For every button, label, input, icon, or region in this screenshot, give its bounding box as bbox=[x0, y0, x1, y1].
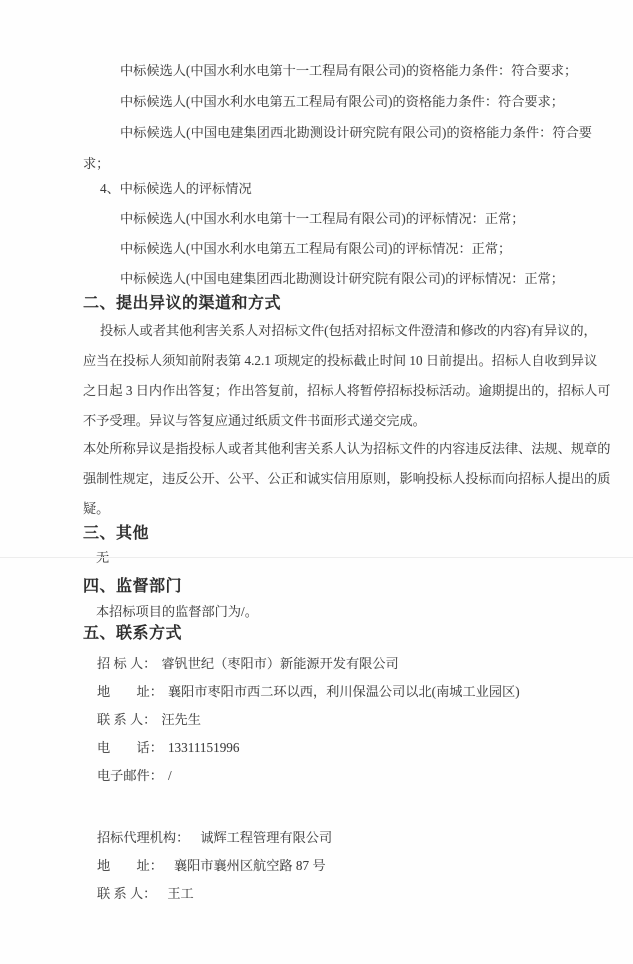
contact-row-address: 地 址：襄阳市襄州区航空路 87 号 bbox=[83, 852, 592, 880]
scanned-document-page: 中标候选人(中国水利水电第十一工程局有限公司)的资格能力条件：符合要求； 中标候… bbox=[0, 0, 633, 964]
agency-contact-block: 招标代理机构：诚辉工程管理有限公司 地 址：襄阳市襄州区航空路 87 号 联 系… bbox=[83, 824, 592, 908]
section-other-body: 无 bbox=[83, 544, 592, 572]
paragraph-line: 强制性规定，违反公开、公平、公正和诚实信用原则，影响投标人投标而向招标人提出的质 bbox=[83, 464, 592, 494]
contact-value: / bbox=[168, 768, 172, 783]
section-heading-supervision: 四、监督部门 bbox=[83, 575, 592, 599]
contact-label: 电 话： bbox=[97, 740, 163, 755]
paragraph-line: 应当在投标人须知前附表第 4.2.1 项规定的投标截止时间 10 日前提出。招标… bbox=[83, 346, 592, 376]
contact-row-agency: 招标代理机构：诚辉工程管理有限公司 bbox=[83, 824, 592, 852]
body-line: 无 bbox=[83, 544, 592, 572]
qualification-line: 中标候选人(中国水利水电第五工程局有限公司)的资格能力条件：符合要求； bbox=[83, 86, 592, 117]
paragraph-line: 之日起 3 日内作出答复；作出答复前，招标人将暂停招标投标活动。逾期提出的，招标… bbox=[83, 376, 592, 406]
contact-label: 地 址： bbox=[97, 684, 163, 699]
scan-fold-line bbox=[0, 557, 633, 558]
contact-value: 汪先生 bbox=[161, 712, 201, 727]
evaluation-line: 中标候选人(中国水利水电第五工程局有限公司)的评标情况：正常； bbox=[83, 234, 592, 264]
tenderer-contact-block: 招 标 人：睿钒世纪（枣阳市）新能源开发有限公司 地 址：襄阳市枣阳市西二环以西… bbox=[83, 650, 592, 790]
contact-value: 襄阳市枣阳市西二环以西，利川保温公司以北(南城工业园区) bbox=[168, 684, 520, 699]
contact-value: 诚辉工程管理有限公司 bbox=[200, 830, 332, 845]
qualification-line: 中标候选人(中国水利水电第十一工程局有限公司)的资格能力条件：符合要求； bbox=[83, 55, 592, 86]
contact-label: 联 系 人： bbox=[97, 712, 156, 727]
contact-value: 13311151996 bbox=[168, 740, 240, 755]
objection-paragraph-1: 投标人或者其他利害关系人对招标文件(包括对招标文件澄清和修改的内容)有异议的， … bbox=[83, 316, 592, 436]
paragraph-line: 本处所称异议是指投标人或者其他利害关系人认为招标文件的内容违反法律、法规、规章的 bbox=[83, 434, 592, 464]
contact-label: 电子邮件： bbox=[97, 768, 163, 783]
paragraph-line: 疑。 bbox=[83, 494, 592, 524]
qualification-section: 中标候选人(中国水利水电第十一工程局有限公司)的资格能力条件：符合要求； 中标候… bbox=[83, 55, 592, 179]
contact-row-tenderer: 招 标 人：睿钒世纪（枣阳市）新能源开发有限公司 bbox=[83, 650, 592, 678]
contact-row-person: 联 系 人：王工 bbox=[83, 880, 592, 908]
contact-value: 襄阳市襄州区航空路 87 号 bbox=[174, 858, 326, 873]
section-heading-contact: 五、联系方式 bbox=[83, 622, 592, 646]
contact-label: 招 标 人： bbox=[97, 656, 156, 671]
section-heading-other: 三、其他 bbox=[83, 522, 592, 546]
evaluation-section: 中标候选人(中国水利水电第十一工程局有限公司)的评标情况：正常； 中标候选人(中… bbox=[83, 204, 592, 294]
objection-paragraph-2: 本处所称异议是指投标人或者其他利害关系人认为招标文件的内容违反法律、法规、规章的… bbox=[83, 434, 592, 524]
contact-row-phone: 电 话：13311151996 bbox=[83, 734, 592, 762]
contact-value: 睿钒世纪（枣阳市）新能源开发有限公司 bbox=[161, 656, 398, 671]
contact-value: 王工 bbox=[167, 886, 193, 901]
contact-label: 联 系 人： bbox=[97, 886, 156, 901]
paragraph-line: 投标人或者其他利害关系人对招标文件(包括对招标文件澄清和修改的内容)有异议的， bbox=[83, 316, 592, 346]
list-item-4: 4、中标候选人的评标情况 bbox=[83, 174, 592, 204]
contact-label: 招标代理机构： bbox=[97, 830, 189, 845]
paragraph-line: 不予受理。异议与答复应通过纸质文件书面形式递交完成。 bbox=[83, 406, 592, 436]
contact-row-email: 电子邮件：/ bbox=[83, 762, 592, 790]
section-heading-objection: 二、提出异议的渠道和方式 bbox=[83, 292, 592, 316]
contact-row-person: 联 系 人：汪先生 bbox=[83, 706, 592, 734]
evaluation-line: 中标候选人(中国电建集团西北勘测设计研究院有限公司)的评标情况：正常； bbox=[83, 264, 592, 294]
qualification-line: 中标候选人(中国电建集团西北勘测设计研究院有限公司)的资格能力条件：符合要 bbox=[83, 117, 592, 148]
list-item-label: 4、中标候选人的评标情况 bbox=[83, 174, 592, 204]
evaluation-line: 中标候选人(中国水利水电第十一工程局有限公司)的评标情况：正常； bbox=[83, 204, 592, 234]
contact-label: 地 址： bbox=[97, 858, 163, 873]
contact-row-address: 地 址：襄阳市枣阳市西二环以西，利川保温公司以北(南城工业园区) bbox=[83, 678, 592, 706]
